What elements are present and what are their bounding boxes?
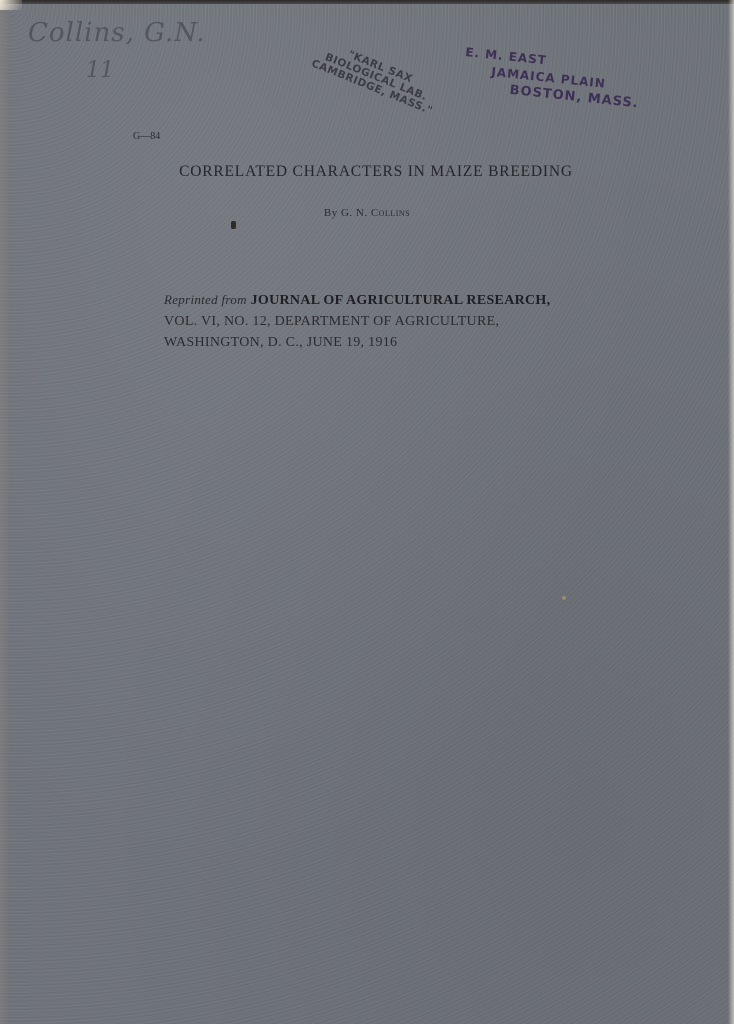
- byline-prefix: By: [324, 207, 338, 219]
- paper-left-edge: [0, 0, 10, 1024]
- karl-sax-stamp: "Karl Sax Biological Lab. Cambridge, Mas…: [310, 38, 443, 117]
- author-name: G. N. Collins: [341, 207, 410, 219]
- handwritten-number: 11: [86, 58, 114, 83]
- paper-speck: [562, 596, 566, 600]
- document-title: CORRELATED CHARACTERS IN MAIZE BREEDING: [0, 163, 734, 181]
- reprint-date-line: WASHINGTON, D. C., JUNE 19, 1916: [164, 332, 594, 353]
- reprint-notice: Reprinted from JOURNAL OF AGRICULTURAL R…: [164, 289, 594, 353]
- em-east-stamp: E. M. East Jamaica Plain Boston, Mass.: [461, 46, 643, 111]
- paper-right-edge: [728, 0, 734, 1024]
- series-code: G—84: [133, 131, 160, 142]
- document-cover: Collins, G.N. 11 "Karl Sax Biological La…: [0, 0, 734, 1024]
- byline: By G. N. Collins: [0, 207, 734, 219]
- journal-name: JOURNAL OF AGRICULTURAL RESEARCH,: [251, 293, 551, 308]
- handwritten-name: Collins, G.N.: [28, 18, 206, 48]
- title-text: CORRELATED CHARACTERS IN MAIZE BREEDING: [179, 163, 573, 180]
- ink-blot: [231, 221, 236, 229]
- reprint-intro: Reprinted from: [164, 292, 247, 307]
- reprint-volume-line: VOL. VI, NO. 12, DEPARTMENT OF AGRICULTU…: [164, 311, 594, 332]
- corner-fold: [0, 0, 22, 10]
- paper-top-edge: [0, 0, 734, 4]
